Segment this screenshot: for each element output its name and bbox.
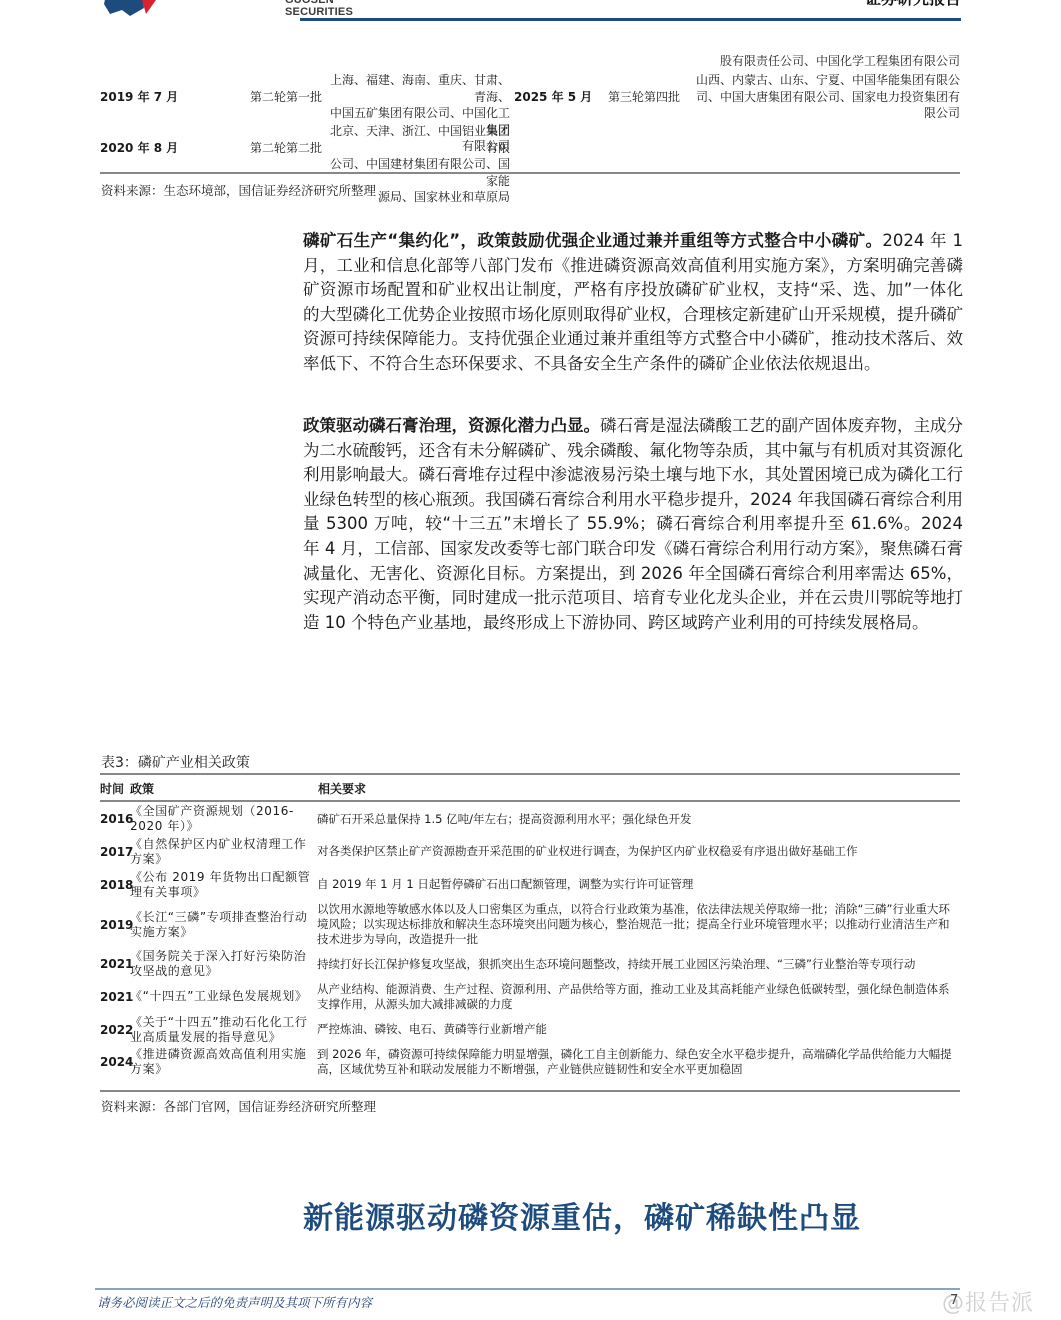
paragraph-body: 2024 年 1 月，工业和信息化部等八部门发布《推进磷资源高效高值利用实施方案… bbox=[303, 231, 963, 373]
section-heading: 新能源驱动磷资源重估，磷矿稀缺性凸显 bbox=[303, 1193, 861, 1237]
requirement-cell: 磷矿石开采总量保持 1.5 亿吨/年左右；提高资源利用水平；强化绿色开发 bbox=[316, 812, 960, 827]
requirement-cell: 持续打好长江保护修复攻坚战，狠抓突出生态环境问题整改，持续开展工业园区污染治理、… bbox=[316, 957, 960, 972]
year-cell: 2024 bbox=[100, 1055, 130, 1069]
guosen-logo-mark-icon bbox=[100, 0, 170, 22]
table-row: 2021 《“十四五”工业绿色发展规划》 从产业结构、能源消费、生产过程、资源利… bbox=[100, 980, 960, 1013]
continued-cell-text: 股有限责任公司、中国化学工程集团有限公司 bbox=[720, 53, 960, 70]
body-paragraph: 政策驱动磷石膏治理，资源化潜力凸显。磷石膏是湿法磷酸工艺的副产固体废弃物，主成分… bbox=[303, 414, 963, 635]
policy-table-body: 2016 《全国矿产资源规划（2016-2020 年）》 磷矿石开采总量保持 1… bbox=[100, 803, 960, 1078]
requirement-cell: 对各类保护区禁止矿产资源勘查开采范围的矿业权进行调查，为保护区内矿业权稳妥有序退… bbox=[316, 844, 960, 859]
date-cell: 2020 年 8 月 bbox=[100, 140, 178, 157]
policy-cell: 《国务院关于深入打好污染防治攻坚战的意见》 bbox=[130, 949, 316, 979]
footer-divider bbox=[95, 1288, 960, 1290]
report-type-label: 证券研究报告 bbox=[865, 0, 961, 6]
batch-cell: 第二轮第一批 bbox=[200, 89, 322, 106]
table-row: 2024 《推进磷资源高效高值利用实施方案》 到 2026 年，磷资源可持续保障… bbox=[100, 1046, 960, 1078]
batch-cell: 第三轮第四批 bbox=[608, 89, 684, 106]
table-top-rule bbox=[100, 773, 960, 775]
table-source-note: 资料来源：生态环境部，国信证券经济研究所整理 bbox=[101, 181, 376, 199]
table-row: 2016 《全国矿产资源规划（2016-2020 年）》 磷矿石开采总量保持 1… bbox=[100, 803, 960, 835]
table-row: 2019 《长江“三磷”专项排查整治行动实施方案》 以饮用水源地等敏感水体以及人… bbox=[100, 901, 960, 948]
requirement-cell: 自 2019 年 1 月 1 日起暂停磷矿石出口配额管理，调整为实行许可证管理 bbox=[316, 877, 960, 892]
column-header-policy: 政策 bbox=[130, 780, 154, 797]
requirement-cell: 从产业结构、能源消费、生产过程、资源利用、产品供给等方面，推动工业及其高耗能产业… bbox=[316, 982, 960, 1012]
paragraph-body: 磷石膏是湿法磷酸工艺的副产固体废弃物，主成分为二水硫酸钙，还含有未分解磷矿、残余… bbox=[303, 416, 963, 632]
policy-cell: 《全国矿产资源规划（2016-2020 年）》 bbox=[130, 804, 316, 834]
requirement-cell: 严控炼油、磷铵、电石、黄磷等行业新增产能 bbox=[316, 1022, 960, 1037]
table-row: 2018 《公布 2019 年货物出口配额管理有关事项》 自 2019 年 1 … bbox=[100, 868, 960, 901]
footer-disclaimer: 请务必阅读正文之后的免责声明及其项下所有内容 bbox=[97, 1293, 372, 1311]
year-cell: 2021 bbox=[100, 957, 130, 971]
table-caption: 表3：磷矿产业相关政策 bbox=[101, 752, 250, 772]
year-cell: 2018 bbox=[100, 878, 130, 892]
date-cell: 2025 年 5 月 bbox=[514, 89, 592, 106]
body-paragraph: 磷矿石生产“集约化”，政策鼓励优强企业通过兼并重组等方式整合中小磷矿。2024 … bbox=[303, 229, 963, 377]
requirement-cell: 到 2026 年，磷资源可持续保障能力明显增强，磷化工自主创新能力、绿色安全水平… bbox=[316, 1047, 960, 1077]
table-bottom-rule bbox=[100, 1090, 960, 1092]
year-cell: 2019 bbox=[100, 918, 130, 932]
table-source-note: 资料来源：各部门官网，国信证券经济研究所整理 bbox=[101, 1097, 376, 1115]
table-header-rule bbox=[100, 800, 960, 802]
date-cell: 2019 年 7 月 bbox=[100, 89, 178, 106]
paragraph-lead: 政策驱动磷石膏治理，资源化潜力凸显。 bbox=[303, 416, 600, 435]
year-cell: 2021 bbox=[100, 990, 130, 1004]
table-row: 2021 《国务院关于深入打好污染防治攻坚战的意见》 持续打好长江保护修复攻坚战… bbox=[100, 948, 960, 980]
header-divider bbox=[300, 18, 961, 21]
policy-cell: 《长江“三磷”专项排查整治行动实施方案》 bbox=[130, 910, 316, 940]
year-cell: 2016 bbox=[100, 812, 130, 826]
table-row: 2017 《自然保护区内矿业权清理工作方案》 对各类保护区禁止矿产资源勘查开采范… bbox=[100, 835, 960, 868]
batch-cell: 第二轮第二批 bbox=[200, 140, 322, 157]
logo-en-text: GUOSEN SECURITIES bbox=[285, 0, 353, 18]
year-cell: 2022 bbox=[100, 1023, 130, 1037]
policy-cell: 《推进磷资源高效高值利用实施方案》 bbox=[130, 1047, 316, 1077]
policy-cell: 《关于“十四五”推动石化化工行业高质量发展的指导意见》 bbox=[130, 1015, 316, 1045]
policy-cell: 《自然保护区内矿业权清理工作方案》 bbox=[130, 837, 316, 867]
column-header-time: 时间 bbox=[100, 780, 124, 797]
policy-cell: 《“十四五”工业绿色发展规划》 bbox=[130, 989, 316, 1004]
page-number: 7 bbox=[950, 1293, 958, 1308]
paragraph-lead: 磷矿石生产“集约化”，政策鼓励优强企业通过兼并重组等方式整合中小磷矿。 bbox=[303, 231, 882, 250]
year-cell: 2017 bbox=[100, 845, 130, 859]
policy-cell: 《公布 2019 年货物出口配额管理有关事项》 bbox=[130, 870, 316, 900]
requirement-cell: 以饮用水源地等敏感水体以及人口密集区为重点，以符合行业政策为基准，依法律法规关停… bbox=[316, 902, 960, 947]
column-header-requirement: 相关要求 bbox=[318, 780, 366, 797]
table-row: 2022 《关于“十四五”推动石化化工行业高质量发展的指导意见》 严控炼油、磷铵… bbox=[100, 1013, 960, 1046]
guosen-logo: 国信证券 GUOSEN SECURITIES bbox=[100, 0, 290, 26]
units-cell: 山西、内蒙古、山东、宁夏、中国华能集团有限公 司、中国大唐集团有限公司、国家电力… bbox=[684, 72, 960, 122]
table-bottom-rule bbox=[100, 172, 960, 174]
